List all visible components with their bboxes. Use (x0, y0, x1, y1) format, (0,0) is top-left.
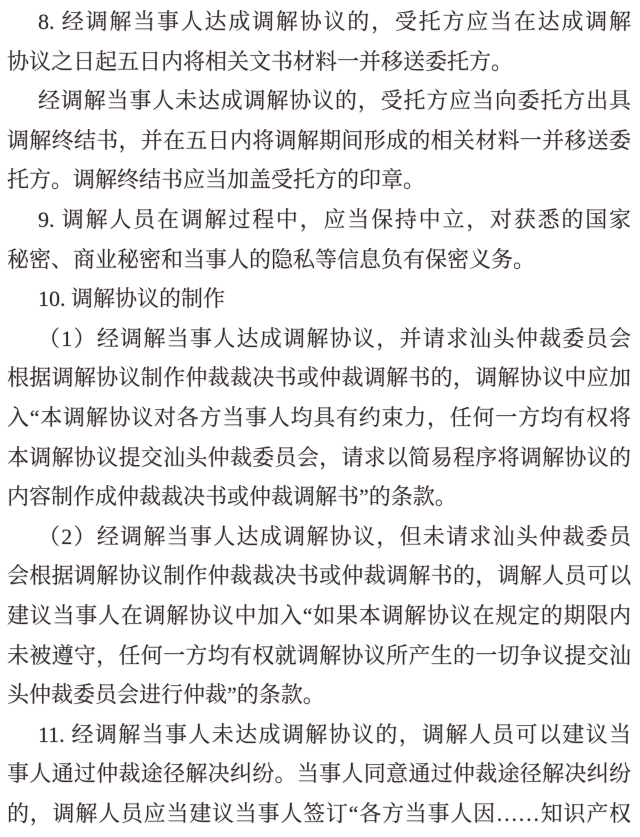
text-line: 入“本调解协议对各方当事人均具有约束力，任何一方均有权将 (7, 398, 631, 438)
paragraph-clause-10-item-2: （2）经调解当事人达成调解协议，但未请求汕头仲裁委员 会根据调解协议制作仲裁裁决… (7, 517, 631, 715)
text-line: 会根据调解协议制作仲裁裁决书或仲裁调解书的，调解人员可以 (7, 556, 631, 596)
paragraph-clause-11: 11. 经调解当事人未达成调解协议的，调解人员可以建议当 事人通过仲裁途径解决纠… (7, 715, 631, 834)
text-line: 建议当事人在调解协议中加入“如果本调解协议在规定的期限内 (7, 596, 631, 636)
text-line: 11. 经调解当事人未达成调解协议的，调解人员可以建议当 (7, 715, 631, 755)
paragraph-clause-9: 9. 调解人员在调解过程中，应当保持中立，对获悉的国家 秘密、商业秘密和当事人的… (7, 200, 631, 279)
paragraph-clause-8-continuation: 经调解当事人未达成调解协议的，受托方应当向委托方出具 调解终结书，并在五日内将调… (7, 81, 631, 200)
text-line: 托方。调解终结书应当加盖受托方的印章。 (7, 160, 631, 200)
text-line: （1）经调解当事人达成调解协议，并请求汕头仲裁委员会 (7, 319, 631, 359)
text-line: 未被遵守，任何一方均有权就调解协议所产生的一切争议提交汕 (7, 636, 631, 676)
text-line: 经调解当事人未达成调解协议的，受托方应当向委托方出具 (7, 81, 631, 121)
text-line: 事人通过仲裁途径解决纠纷。当事人同意通过仲裁途径解决纠纷 (7, 754, 631, 794)
text-line: 内容制作成仲裁裁决书或仲裁调解书”的条款。 (7, 477, 631, 517)
text-line: 8. 经调解当事人达成调解协议的，受托方应当在达成调解 (7, 2, 631, 42)
text-line: 头仲裁委员会进行仲裁”的条款。 (7, 675, 631, 715)
paragraph-clause-10-item-1: （1）经调解当事人达成调解协议，并请求汕头仲裁委员会 根据调解协议制作仲裁裁决书… (7, 319, 631, 517)
text-line: 本调解协议提交汕头仲裁委员会，请求以简易程序将调解协议的 (7, 438, 631, 478)
text-line: 秘密、商业秘密和当事人的隐私等信息负有保密义务。 (7, 240, 631, 280)
text-line: （2）经调解当事人达成调解协议，但未请求汕头仲裁委员 (7, 517, 631, 557)
document-page: 8. 经调解当事人达成调解协议的，受托方应当在达成调解 协议之日起五日内将相关文… (0, 0, 640, 837)
text-line: 的，调解人员应当建议当事人签订“各方当事人因……知识产权 (7, 794, 631, 834)
paragraph-clause-10-heading: 10. 调解协议的制作 (7, 279, 631, 319)
text-line: 9. 调解人员在调解过程中，应当保持中立，对获悉的国家 (7, 200, 631, 240)
text-line: 协议之日起五日内将相关文书材料一并移送委托方。 (7, 42, 631, 82)
text-line: 调解终结书，并在五日内将调解期间形成的相关材料一并移送委 (7, 121, 631, 161)
paragraph-clause-8: 8. 经调解当事人达成调解协议的，受托方应当在达成调解 协议之日起五日内将相关文… (7, 2, 631, 81)
text-line: 根据调解协议制作仲裁裁决书或仲裁调解书的，调解协议中应加 (7, 358, 631, 398)
heading-line: 10. 调解协议的制作 (7, 279, 631, 319)
